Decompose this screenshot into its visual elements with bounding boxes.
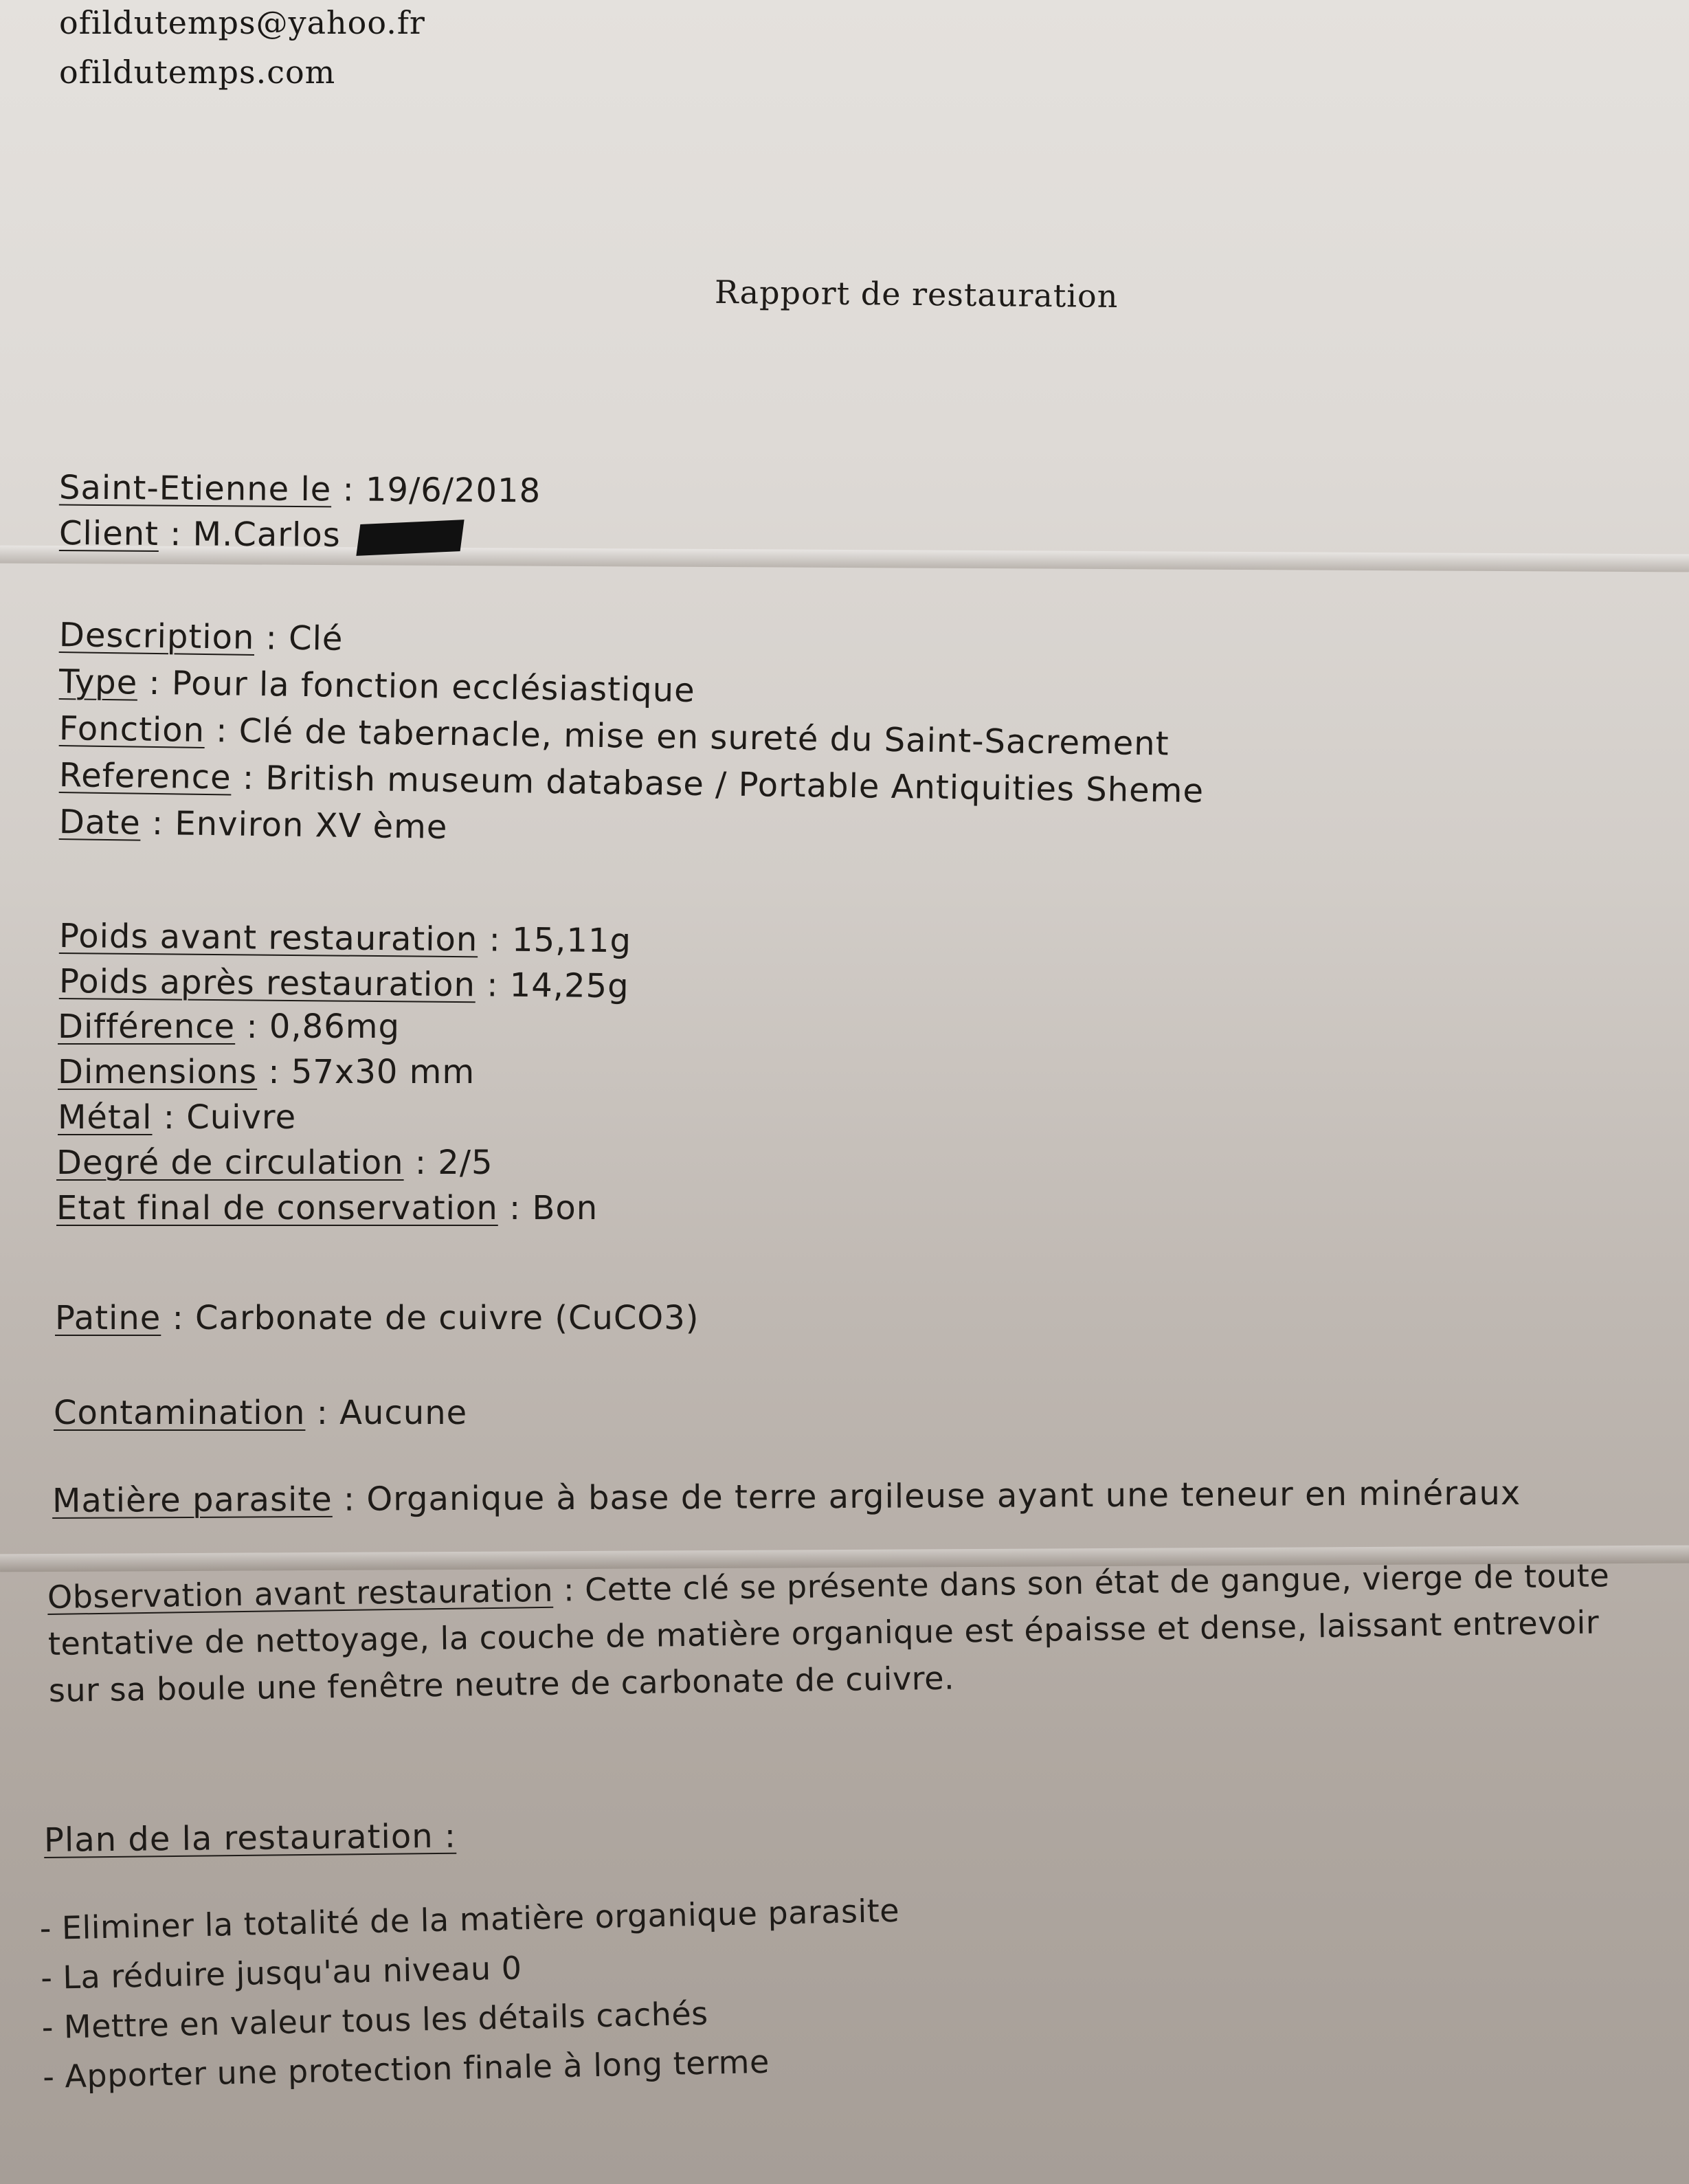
observation-paragraph: Observation avant restauration : Cette c…: [47, 1552, 1611, 1714]
poids-avant-value: : 15,11g: [489, 920, 631, 960]
dimensions-value: : 57x30 mm: [268, 1053, 475, 1091]
fonction-value: : Clé de tabernacle, mise en sureté du S…: [216, 711, 1170, 763]
difference-label: Différence: [58, 1007, 235, 1046]
poids-avant-label: Poids avant restauration: [59, 917, 478, 959]
redaction-mark: [356, 520, 464, 556]
poids-avant-row: Poids avant restauration : 15,11g: [59, 920, 631, 957]
plan-heading: Plan de la restauration :: [44, 1820, 457, 1857]
difference-value: : 0,86mg: [246, 1007, 400, 1046]
observation-label: Observation avant restauration: [47, 1572, 554, 1616]
metal-value: : Cuivre: [164, 1098, 296, 1137]
difference-row: Différence : 0,86mg: [58, 1010, 400, 1043]
patine-row: Patine : Carbonate de cuivre (CuCO3): [55, 1302, 699, 1335]
document-page: ofildutemps@yahoo.fr ofildutemps.com Rap…: [0, 0, 1689, 2184]
poids-apres-row: Poids après restauration : 14,25g: [59, 965, 629, 1003]
fonction-row: Fonction : Clé de tabernacle, mise en su…: [59, 712, 1170, 761]
type-row: Type : Pour la fonction ecclésiastique: [59, 665, 695, 707]
circulation-row: Degré de circulation : 2/5: [56, 1146, 493, 1179]
poids-apres-label: Poids après restauration: [59, 962, 476, 1004]
place-date-label: Saint-Etienne le: [59, 469, 332, 509]
client-value: : M.Carlos: [170, 515, 341, 555]
type-label: Type: [59, 662, 138, 702]
contamination-label: Contamination: [54, 1394, 305, 1432]
description-row: Description : Clé: [59, 619, 344, 656]
contamination-value: : Aucune: [317, 1394, 467, 1432]
plan-label: Plan de la restauration :: [44, 1817, 457, 1860]
etat-final-value: : Bon: [509, 1189, 598, 1227]
reference-value: : British museum database / Portable Ant…: [243, 759, 1205, 811]
description-label: Description: [59, 616, 255, 657]
metal-row: Métal : Cuivre: [58, 1101, 296, 1134]
website: ofildutemps.com: [59, 56, 335, 88]
poids-apres-value: : 14,25g: [486, 966, 629, 1005]
circulation-value: : 2/5: [415, 1144, 493, 1182]
place-date: Saint-Etienne le : 19/6/2018: [59, 471, 541, 508]
matiere-label: Matière parasite: [52, 1480, 333, 1520]
etat-final-row: Etat final de conservation : Bon: [56, 1192, 598, 1225]
type-value: : Pour la fonction ecclésiastique: [148, 664, 695, 710]
place-date-value: : 19/6/2018: [342, 470, 541, 510]
reference-label: Reference: [59, 756, 232, 796]
metal-label: Métal: [58, 1098, 153, 1137]
circulation-label: Degré de circulation: [56, 1144, 404, 1182]
description-value: : Clé: [265, 619, 344, 658]
date-label: Date: [59, 803, 142, 843]
matiere-row: Matière parasite : Organique à base de t…: [52, 1477, 1521, 1517]
reference-row: Reference : British museum database / Po…: [59, 759, 1205, 807]
fonction-label: Fonction: [59, 709, 205, 750]
date-row: Date : Environ XV ème: [59, 805, 448, 844]
email-address: ofildutemps@yahoo.fr: [59, 7, 425, 38]
matiere-value: : Organique à base de terre argileuse ay…: [344, 1474, 1521, 1519]
patine-label: Patine: [55, 1299, 161, 1337]
dimensions-label: Dimensions: [58, 1053, 257, 1091]
plan-list: - Eliminer la totalité de la matière org…: [39, 1886, 903, 2102]
patine-value: : Carbonate de cuivre (CuCO3): [172, 1299, 700, 1337]
date-value: : Environ XV ème: [152, 804, 448, 847]
dimensions-row: Dimensions : 57x30 mm: [58, 1056, 475, 1089]
client: Client : M.Carlos: [59, 517, 462, 554]
document-title: Rapport de restauration: [715, 276, 1119, 312]
contamination-row: Contamination : Aucune: [54, 1396, 467, 1429]
client-label: Client: [59, 514, 159, 553]
etat-final-label: Etat final de conservation: [56, 1189, 498, 1227]
